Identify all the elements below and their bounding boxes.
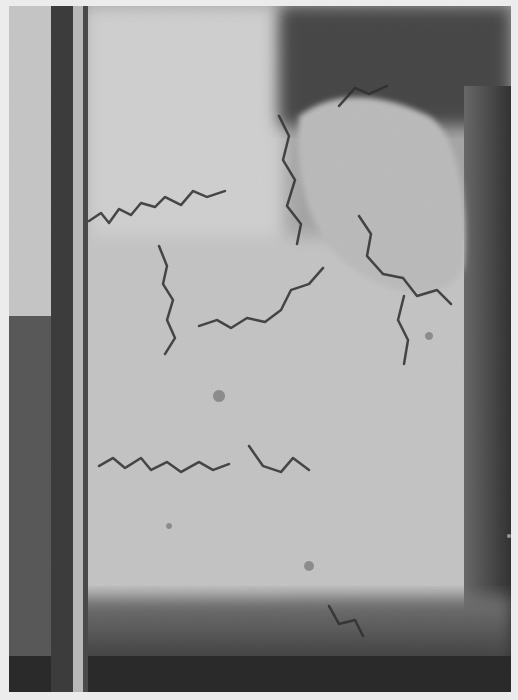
frame-strip: [51, 6, 88, 692]
photograph: [9, 6, 511, 692]
